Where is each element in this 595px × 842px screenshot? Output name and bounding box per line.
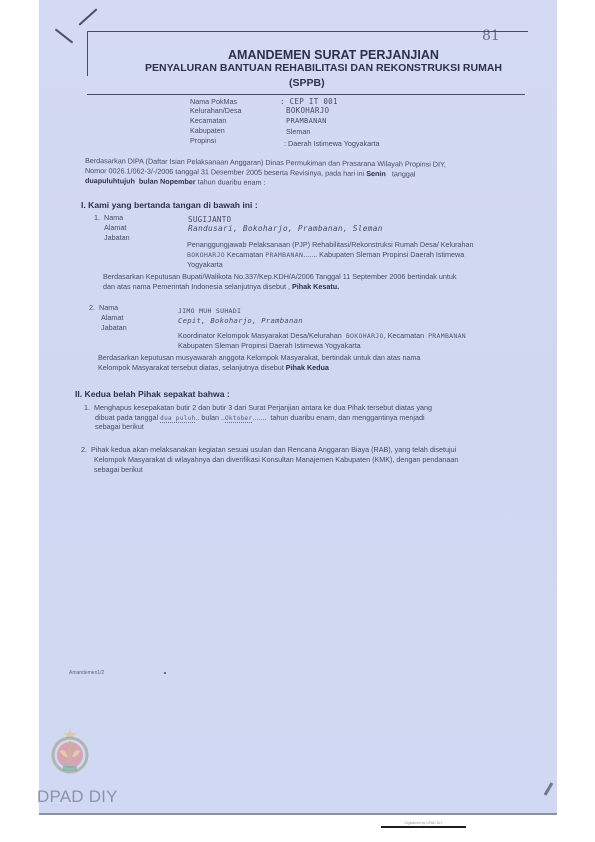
agreement-line: sebagai berikut: [95, 422, 144, 431]
digitized-by-text: Digitalized by DPAD DIY: [381, 821, 466, 825]
agreement-line: dibuat pada tanggal dua puluh.. bulan ..…: [95, 413, 425, 422]
party-2-position-line: Kabupaten Sleman Propinsi Daerah Istimew…: [178, 341, 361, 350]
document-reference: Amandemen1/2: [69, 670, 104, 676]
info-label: Kabupaten: [190, 126, 225, 135]
agreement-line: sebagai berikut: [94, 465, 143, 474]
emblem-icon: [48, 727, 92, 777]
info-label: Nama PokMas: [190, 97, 237, 106]
party-2-position-label: Jabatan: [101, 323, 127, 332]
document-abbrev: (SPPB): [289, 77, 325, 89]
party-1-address-label: Alamat: [104, 223, 126, 232]
info-value-pokmas: : CEP IT 001: [280, 97, 338, 106]
title-box-divider: [87, 94, 525, 95]
section-1-heading: I. Kami yang bertanda tangan di bawah in…: [81, 200, 258, 210]
party-1-position-line: Penanggungjawab Pelaksanaan (PJP) Rehabi…: [187, 240, 473, 249]
footer-bar: [381, 826, 466, 828]
agreement-line: Kelompok Masyarakat di wilayahnya dan di…: [94, 455, 458, 464]
party-2-name: JIMO MUH SUHADI: [178, 307, 241, 315]
party-1-position-label: Jabatan: [104, 233, 130, 242]
section-2-heading: II. Kedua belah Pihak sepakat bahwa :: [75, 389, 230, 399]
party-1-name: SUGIJANTO: [188, 215, 231, 224]
party-1-position-line: BOKOHARJO Kecamatan PRAMBANAN....... Kab…: [187, 250, 464, 259]
ink-dot: [164, 672, 166, 674]
document-subtitle: PENYALURAN BANTUAN REHABILITASI DAN REKO…: [145, 62, 502, 74]
party-1-address: Randusari, Bokoharjo, Prambanan, Sleman: [188, 224, 383, 233]
party-1-basis: Berdasarkan Keputusan Bupati/Walikota No…: [103, 272, 456, 281]
party-2-position-line: Koordinator Kelompok Masyarakat Desa/Kel…: [178, 331, 466, 340]
info-label: Kecamatan: [190, 116, 226, 125]
party-2-address-label: Alamat: [101, 313, 123, 322]
party-2-address: Cepit, Bokoharjo, Prambanan: [178, 316, 303, 325]
document-title: AMANDEMEN SURAT PERJANJIAN: [228, 48, 439, 62]
party-1-position-line: Yogyakarta: [187, 260, 223, 269]
info-value-kabupaten: Sleman: [286, 127, 310, 136]
info-value-desa: BOKOHARJO: [286, 106, 329, 115]
party-1-basis: dan atas nama Pemerintah Indonesia selan…: [103, 282, 339, 291]
info-value-propinsi: : Daerah Istimewa Yogyakarta: [284, 139, 380, 148]
intro-line: duapuluhtujuh bulan Nopember tahun duari…: [85, 176, 266, 187]
party-2-name-label: 2. Nama: [89, 303, 118, 312]
info-label: Kelurahan/Desa: [190, 106, 242, 115]
agreement-line: 1. Menghapus kesepakatan butir 2 dan but…: [84, 403, 432, 412]
agreement-line: 2. Pihak kedua akan melaksanakan kegiata…: [81, 445, 456, 454]
watermark: DPAD DIY: [37, 787, 118, 807]
info-value-kecamatan: PRAMBANAN: [286, 117, 327, 125]
party-2-basis: Berdasarkan keputusan musyawarah anggota…: [98, 353, 420, 362]
info-label: Propinsi: [190, 136, 216, 145]
party-2-basis: Kelompok Masyarakat tersebut diatas, sel…: [98, 363, 329, 372]
party-1-name-label: 1. Nama: [94, 213, 123, 222]
